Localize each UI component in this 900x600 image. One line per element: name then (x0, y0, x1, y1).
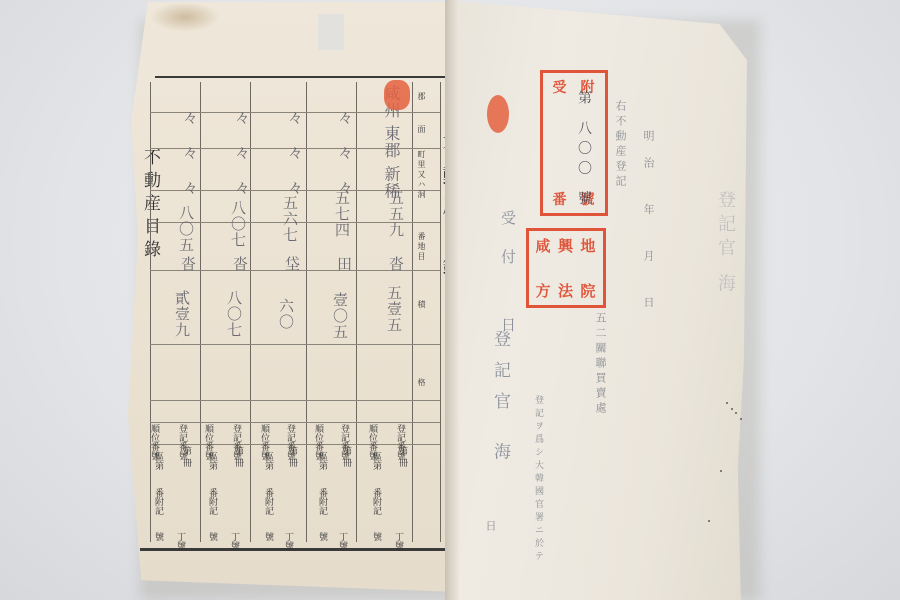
seal-char: 法 (555, 280, 576, 301)
footer-mid: 區第 (152, 452, 163, 470)
ditto-mark: 々 (232, 145, 253, 161)
land-type: 田 (334, 256, 355, 272)
footer-end: 丁號 (282, 532, 293, 550)
land-type: 沓 (386, 256, 407, 272)
header-label-grade: 格 (416, 378, 427, 388)
seal-char: 興 (555, 235, 576, 256)
ditto-mark: 々 (285, 180, 306, 196)
footer-end: 號 (316, 532, 327, 541)
ditto-mark: 々 (180, 110, 201, 126)
area-value: 壹〇五 (330, 292, 351, 340)
ditto-mark: 々 (285, 110, 306, 126)
area-value: 貳壹九 (172, 290, 193, 338)
printed-line: 五二關聯買賣處 (592, 312, 608, 417)
ditto-mark: 々 (232, 180, 253, 196)
printed-line: 登記ヲ爲シ大韓國官署ニ於テ (532, 395, 545, 564)
footer-bottom: 番附記 (370, 488, 381, 515)
footer-end: 號 (206, 532, 217, 541)
footer-end: 丁號 (392, 532, 403, 550)
footer-bottom: 番附記 (206, 488, 217, 515)
seal-char: 地 (578, 235, 599, 256)
footer-mid: 第 冊 (286, 446, 297, 467)
seal-char: 院 (578, 280, 599, 301)
stain (150, 2, 220, 32)
lot-number: 八〇七 (228, 200, 249, 248)
foxing (720, 470, 722, 472)
area-value: 八〇七 (224, 290, 245, 338)
footer-end: 丁號 (174, 532, 185, 550)
footer-mid: 區第 (206, 452, 217, 470)
footer-mid: 第 冊 (180, 446, 191, 467)
footer-end: 丁號 (336, 532, 347, 550)
header-label-village: 町里又ハ洞 (416, 150, 427, 200)
ditto-mark: 々 (180, 145, 201, 161)
handwritten-signature: 登記官 海 (488, 330, 513, 473)
footer-end: 號 (262, 532, 273, 541)
seal-char: 咸 (533, 235, 554, 256)
header-label-myeon: 面 (416, 125, 427, 135)
date-suffix: 日 (482, 520, 498, 535)
lot-number: 八〇五 (176, 205, 197, 253)
printed-line: 右不動産登記 (612, 100, 628, 190)
lot-number: 五五九 (386, 190, 407, 238)
foxing (708, 520, 710, 522)
foxing (735, 412, 737, 414)
ditto-mark: 々 (232, 110, 253, 126)
footer-end: 丁號 (228, 532, 239, 550)
foxing (740, 418, 742, 420)
faint-pencil-right: 登記官 海 (712, 190, 738, 298)
land-type: 垈 (282, 256, 303, 272)
ditto-mark: 々 (335, 110, 356, 126)
footer-end: 號 (152, 532, 163, 541)
ditto-mark: 々 (335, 145, 356, 161)
partial-red-seal (487, 95, 509, 133)
ditto-mark: 々 (285, 145, 306, 161)
header-label-gun: 郡 (416, 92, 427, 102)
lot-number: 五六七 (280, 195, 301, 243)
footer-mid: 區第 (262, 452, 273, 470)
footer-mid: 第 冊 (396, 446, 407, 467)
foxing (731, 408, 733, 410)
footer-mid: 第 冊 (232, 446, 243, 467)
small-red-seal (384, 80, 410, 110)
header-label-area: 積 (416, 300, 427, 310)
footer-bottom: 番附記 (152, 488, 163, 515)
footer-end: 號 (370, 532, 381, 541)
land-type: 沓 (178, 256, 199, 272)
ditto-mark: 々 (180, 180, 201, 196)
lot-number: 五七四 (332, 190, 353, 238)
paper-tab (318, 14, 344, 50)
land-type: 沓 (230, 256, 251, 272)
page-fold (445, 0, 459, 600)
court-seal: 咸 興 地 方 法 院 (526, 228, 606, 308)
header-label-lot: 番地目 (416, 232, 427, 262)
area-value: 六〇 (276, 298, 297, 330)
footer-mid: 區第 (316, 452, 327, 470)
footer-mid: 第 冊 (340, 446, 351, 467)
printed-date-line: 明治 年 月 日 (640, 130, 656, 324)
receipt-number-handwritten: 第 八〇〇 號 (574, 90, 594, 211)
seal-char: 番 (547, 189, 573, 209)
seal-char: 方 (533, 280, 554, 301)
top-rule (155, 76, 455, 78)
footer-bottom: 番附記 (262, 488, 273, 515)
area-value: 五壹五 (384, 285, 405, 333)
foxing (726, 402, 728, 404)
footer-bottom: 番附記 (316, 488, 327, 515)
seal-char: 受 (547, 77, 573, 97)
footer-mid: 區第 (370, 452, 381, 470)
